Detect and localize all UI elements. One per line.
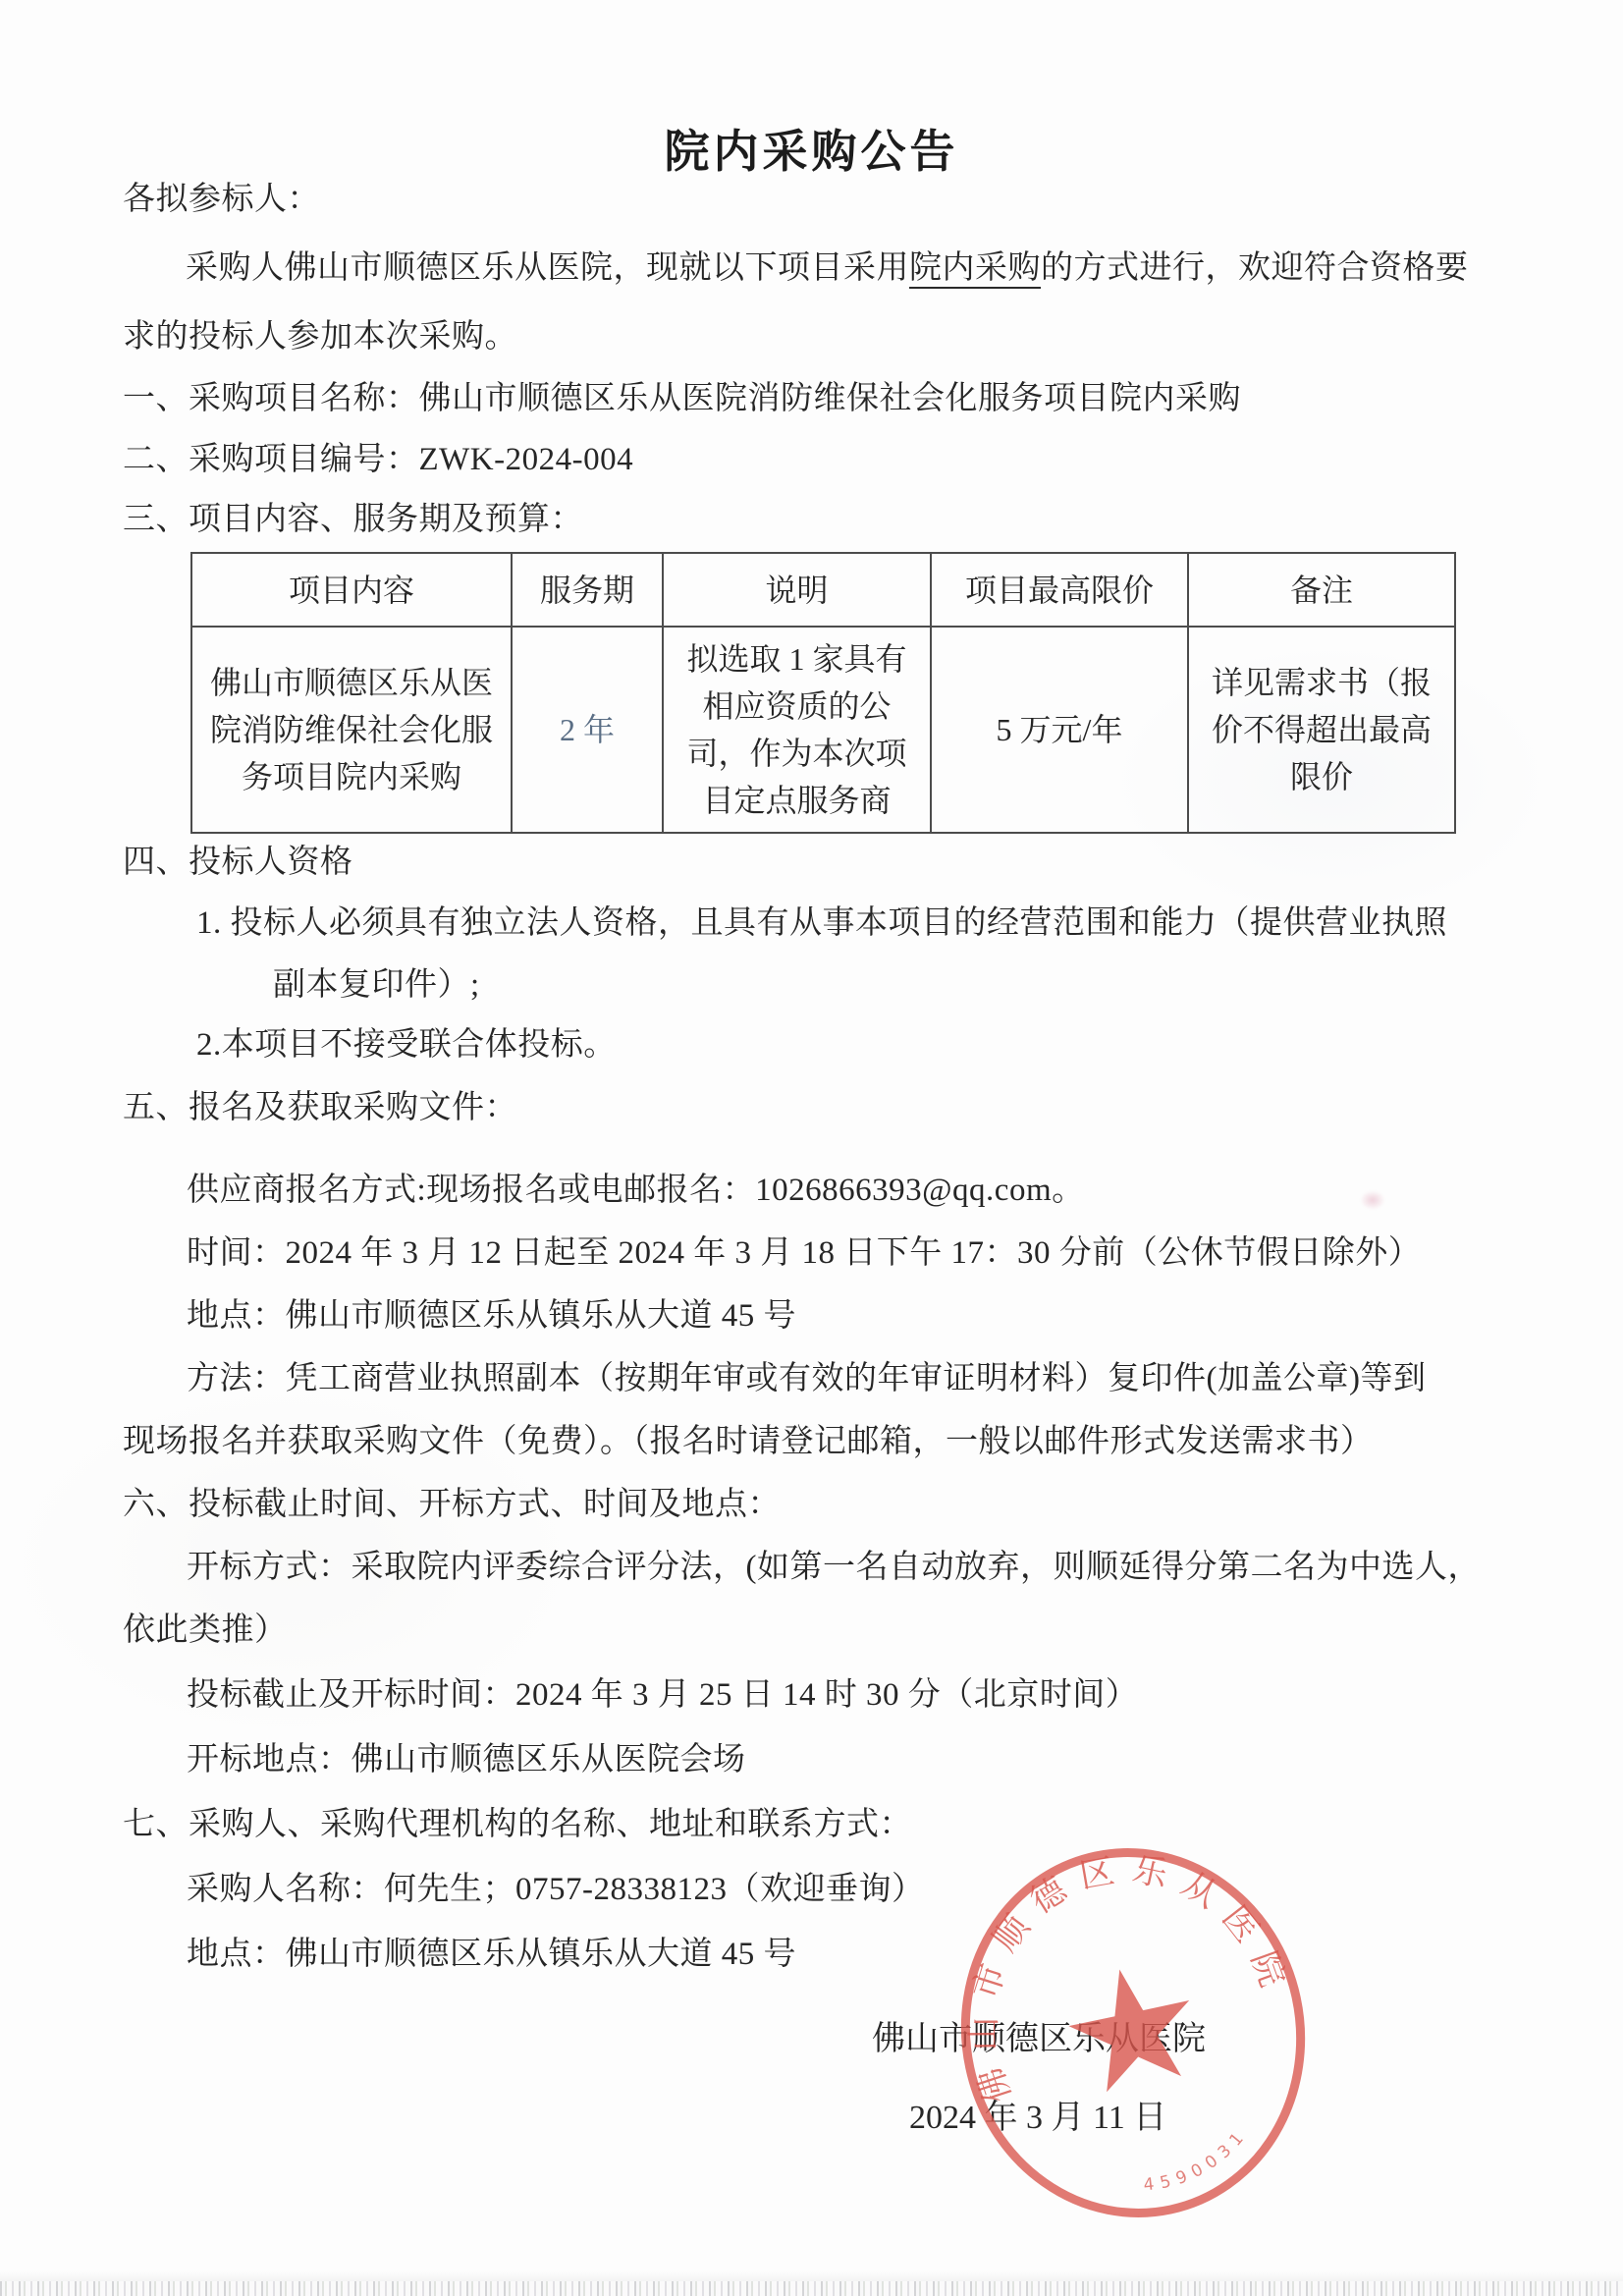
section-1-project-name: 一、采购项目名称：佛山市顺德区乐从医院消防维保社会化服务项目院内采购 [123,381,1241,418]
section-5-time: 时间：2024 年 3 月 12 日起至 2024 年 3 月 18 日下午 1… [187,1235,1421,1273]
section-7-heading: 七、采购人、采购代理机构的名称、地址和联系方式： [123,1807,912,1844]
table-header-row: 项目内容 服务期 说明 项目最高限价 备注 [191,553,1455,627]
scan-edge-shadow [0,2271,1623,2281]
section-4-item1-line2: 副本复印件）; [273,967,480,1005]
scanned-document-page: 院内采购公告 各拟参标人： 采购人佛山市顺德区乐从医院，现就以下项目采用院内采购… [0,0,1623,2296]
signature-organization: 佛山市顺德区乐从医院 [872,2011,1206,2059]
section-7-contact: 采购人名称：何先生；0757-28338123（欢迎垂询） [187,1872,925,1909]
header-description: 说明 [663,553,931,627]
intro-pre: 采购人佛山市顺德区乐从医院，现就以下项目采用 [186,250,909,286]
intro-paragraph-line1: 采购人佛山市顺德区乐从医院，现就以下项目采用院内采购的方式进行，欢迎符合资格要 [186,250,1469,288]
section-5-method-line1: 方法：凭工商营业执照副本（按期年审或有效的年审证明材料）复印件(加盖公章)等到 [187,1361,1426,1398]
section-4-item1-line1: 1. 投标人必须具有独立法人资格，且具有从事本项目的经营范围和能力（提供营业执照 [196,905,1447,943]
header-service-term: 服务期 [512,553,663,627]
intro-underlined-term: 院内采购 [909,250,1041,289]
section-6-deadline: 投标截止及开标时间：2024 年 3 月 25 日 14 时 30 分（北京时间… [187,1677,1138,1715]
signature-date: 2024 年 3 月 11 日 [909,2090,1166,2138]
section-7-place: 地点：佛山市顺德区乐从镇乐从大道 45 号 [187,1937,796,1974]
section-6-heading: 六、投标截止时间、开标方式、时间及地点： [123,1487,781,1524]
cell-service-term: 2 年 [512,627,663,833]
scan-ink-smudge [1360,1190,1385,1210]
section-5-place: 地点：佛山市顺德区乐从镇乐从大道 45 号 [187,1298,796,1336]
intro-paragraph-line2: 求的投标人参加本次采购。 [123,319,517,356]
section-4-item2: 2.本项目不接受联合体投标。 [196,1027,617,1065]
section-5-signup-method: 供应商报名方式:现场报名或电邮报名：1026866393@qq.com。 [187,1173,1085,1210]
intro-post: 的方式进行，欢迎符合资格要 [1041,250,1469,286]
cell-remark: 详见需求书（报价不得超出最高限价 [1188,627,1455,833]
cell-description: 拟选取 1 家具有相应资质的公司，作为本次项目定点服务商 [663,627,931,833]
header-max-price: 项目最高限价 [931,553,1188,627]
section-6-bid-opening-method-line2: 依此类推） [123,1613,288,1650]
cell-project-content: 佛山市顺德区乐从医院消防维保社会化服务项目院内采购 [191,627,512,833]
header-project-content: 项目内容 [191,553,512,627]
table-row: 佛山市顺德区乐从医院消防维保社会化服务项目院内采购 2 年 拟选取 1 家具有相… [191,627,1455,833]
salutation: 各拟参标人： [123,182,320,219]
project-summary-table: 项目内容 服务期 说明 项目最高限价 备注 佛山市顺德区乐从医院消防维保社会化服… [190,552,1456,834]
section-6-place: 开标地点：佛山市顺德区乐从医院会场 [187,1742,746,1779]
section-6-bid-opening-method-line1: 开标方式：采取院内评委综合评分法，(如第一名自动放弃，则顺延得分第二名为中选人， [187,1550,1481,1587]
section-4-heading: 四、投标人资格 [123,845,353,882]
cell-max-price: 5 万元/年 [931,627,1188,833]
svg-text:佛山市顺德区乐从医院: 佛山市顺德区乐从医院 [941,1834,1307,2108]
scan-edge-noise [0,2281,1623,2296]
header-remark: 备注 [1188,553,1455,627]
section-3-heading: 三、项目内容、服务期及预算： [123,502,583,539]
section-5-method-line2: 现场报名并获取采购文件（免费）。（报名时请登记邮箱，一般以邮件形式发送需求书） [123,1424,1374,1461]
document-title: 院内采购公告 [0,116,1623,181]
section-5-heading: 五、报名及获取采购文件： [123,1090,517,1127]
stamp-arc-text: 佛山市顺德区乐从医院 [941,1834,1307,2108]
section-2-project-number: 二、采购项目编号：ZWK-2024-004 [123,442,633,479]
